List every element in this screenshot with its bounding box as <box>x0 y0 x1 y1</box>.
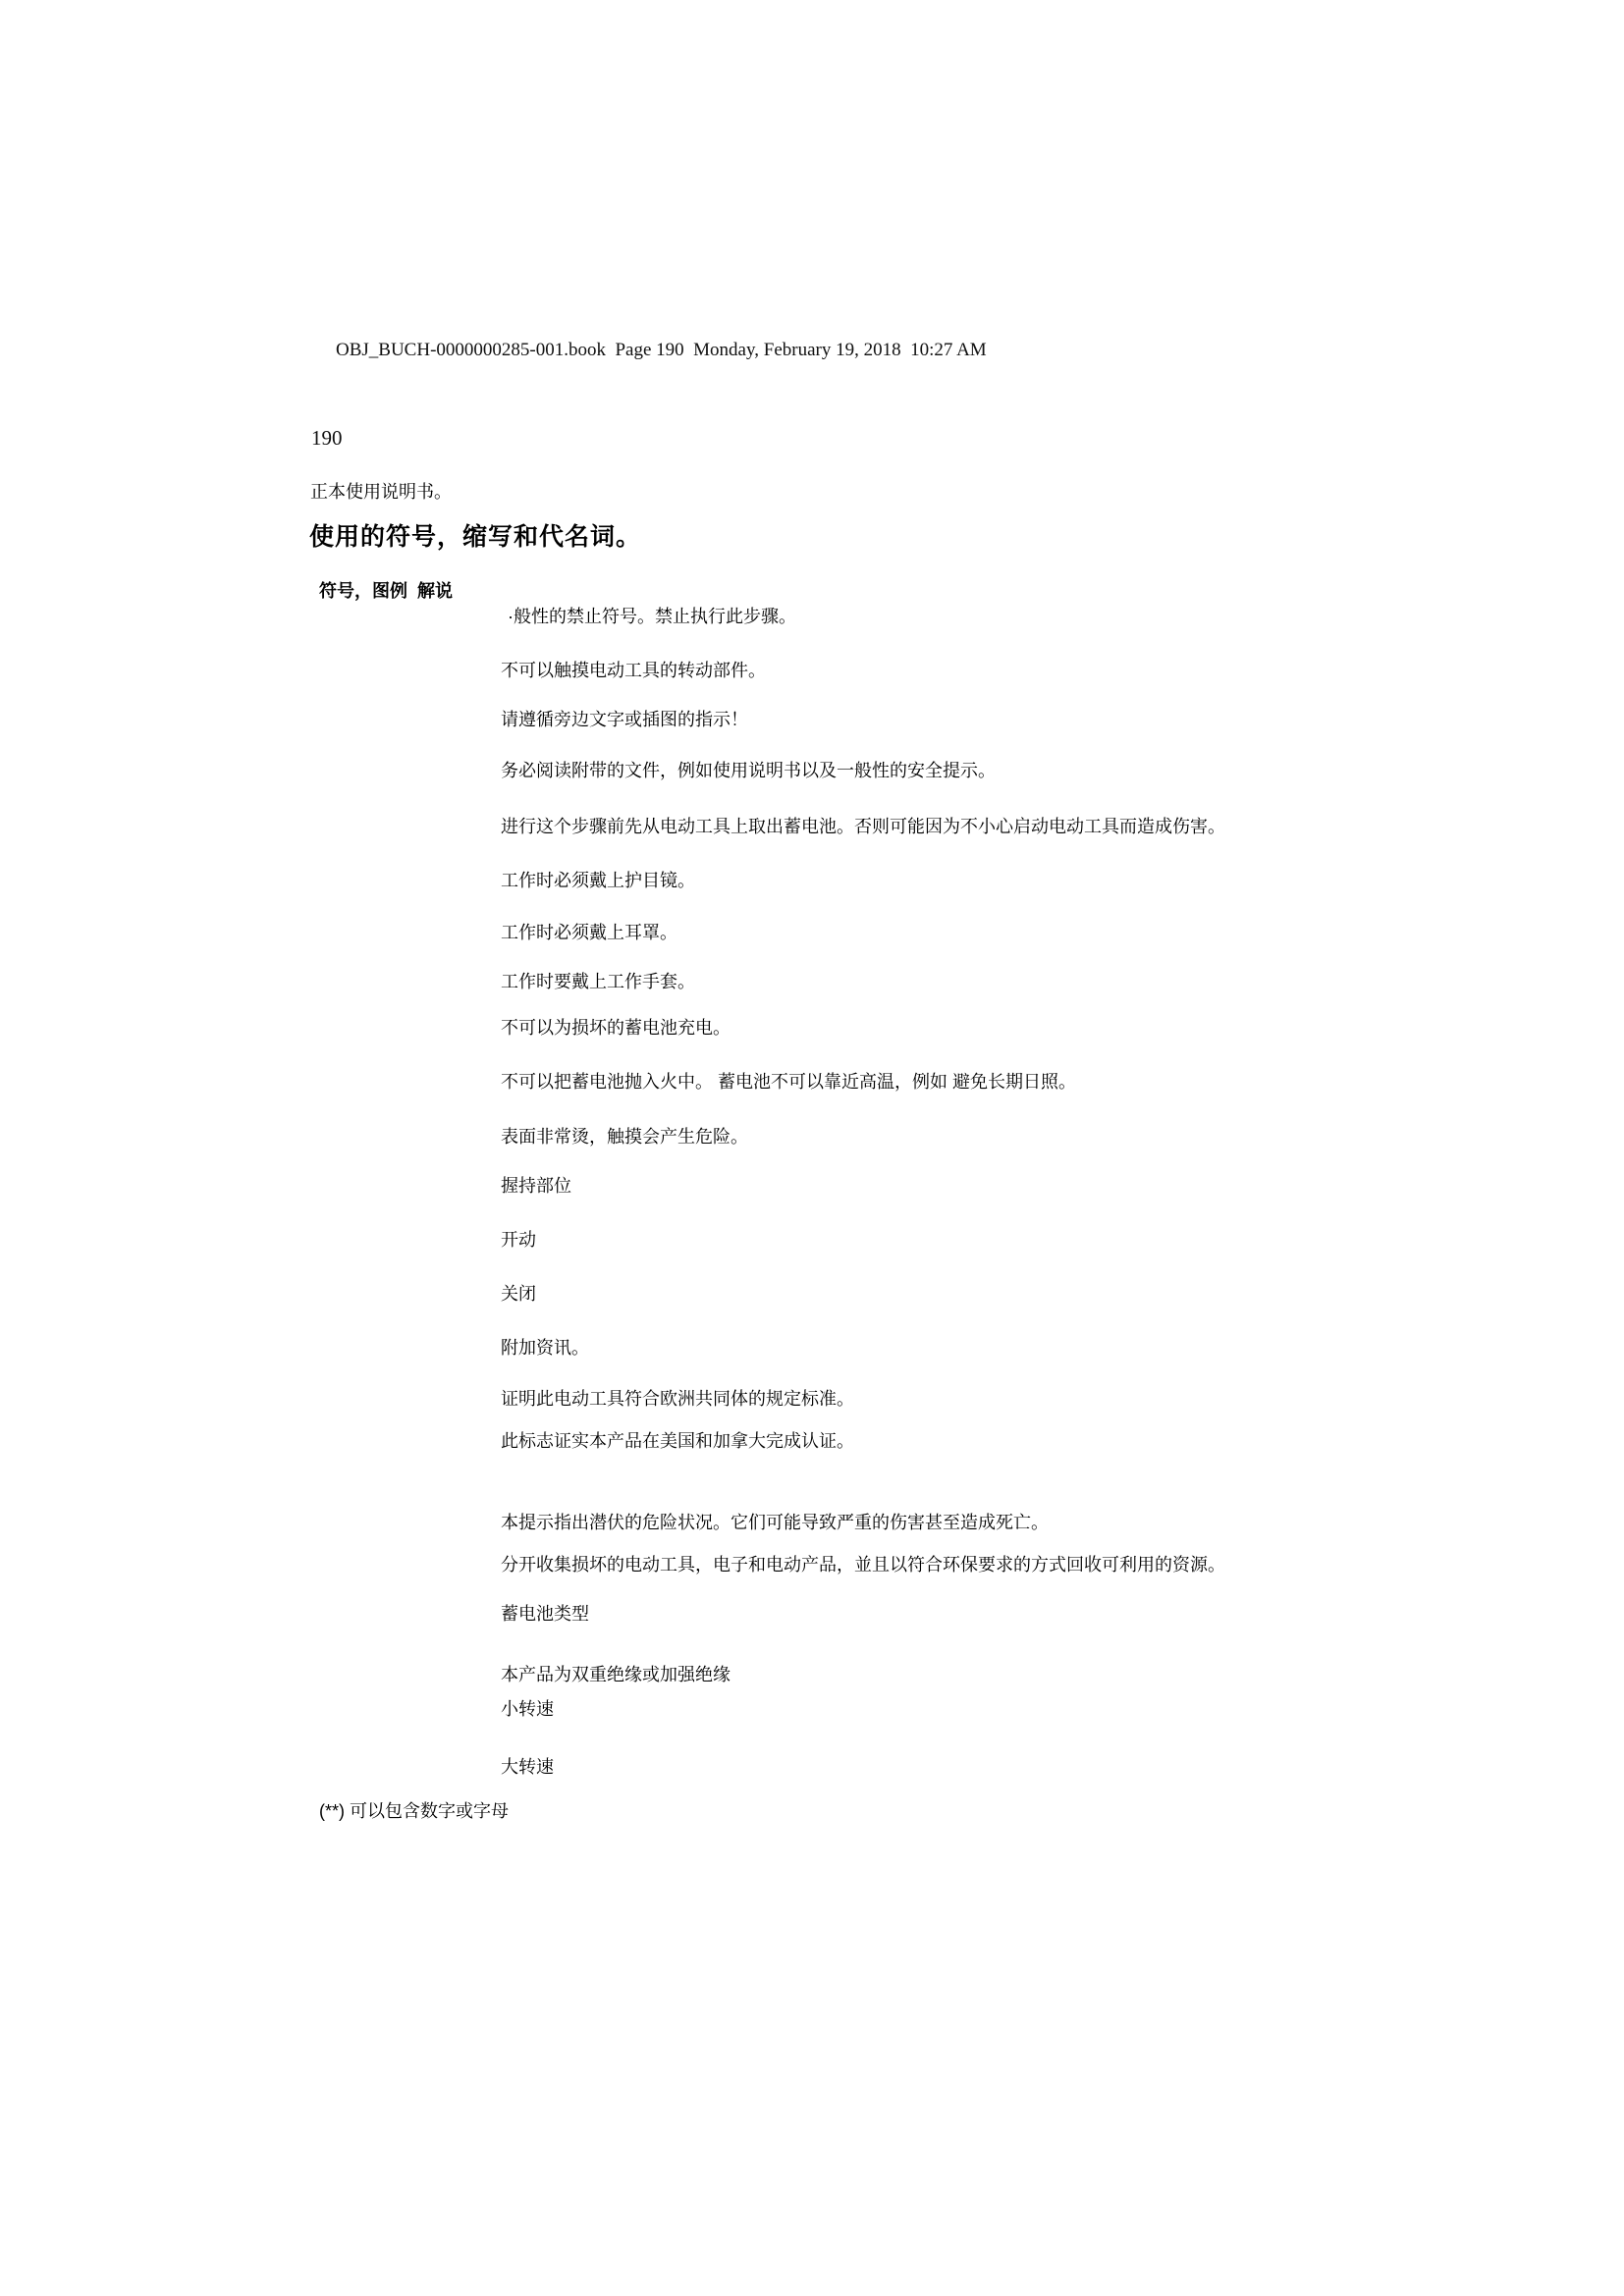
legend-item: ·般性的禁止符号。禁止执行此步骤。 <box>508 603 796 628</box>
legend-item: 关闭 <box>501 1280 536 1306</box>
legend-item: 大转速 <box>501 1753 554 1779</box>
legend-item: 表面非常烫，触摸会产生危险。 <box>501 1123 748 1148</box>
legend-item: 本提示指出潜伏的危险状况。它们可能导致严重的伤害甚至造成死亡。 <box>501 1509 1049 1534</box>
document-subtitle: 正本使用说明书。 <box>310 478 452 504</box>
document-page: OBJ_BUCH-0000000285-001.book Page 190 Mo… <box>0 0 1624 2296</box>
legend-item: 握持部位 <box>501 1172 571 1198</box>
legend-item: 不可以触摸电动工具的转动部件。 <box>501 657 766 682</box>
print-header: OBJ_BUCH-0000000285-001.book Page 190 Mo… <box>336 340 987 361</box>
page-title: 使用的符号，缩写和代名词。 <box>309 517 641 553</box>
legend-item: 本产品为双重绝缘或加强绝缘 <box>501 1661 731 1686</box>
page-number: 190 <box>311 426 343 451</box>
legend-item: 开动 <box>501 1226 536 1252</box>
legend-item: 工作时必须戴上护目镜。 <box>501 867 695 892</box>
legend-item: 工作时必须戴上耳罩。 <box>501 919 677 944</box>
legend-item: 此标志证实本产品在美国和加拿大完成认证。 <box>501 1427 854 1453</box>
legend-item: 附加资讯。 <box>501 1334 589 1360</box>
legend-column-header-symbols: 符号，图例 <box>319 577 407 603</box>
legend-item: 务必阅读附带的文件，例如使用说明书以及一般性的安全提示。 <box>501 757 996 782</box>
legend-item: 请遵循旁边文字或插图的指示！ <box>501 706 748 731</box>
legend-item: 不可以为损坏的蓄电池充电。 <box>501 1014 731 1040</box>
legend-item: 小转速 <box>501 1695 554 1721</box>
legend-item: 蓄电池类型 <box>501 1600 589 1626</box>
legend-item: 分开收集损坏的电动工具，电子和电动产品，並且以符合环保要求的方式回收可利用的资源… <box>501 1551 1225 1576</box>
legend-item: 进行这个步骤前先从电动工具上取出蓄电池。否则可能因为不小心启动电动工具而造成伤害… <box>501 813 1225 838</box>
legend-item: 工作时要戴上工作手套。 <box>501 968 695 993</box>
footnote: (**) 可以包含数字或字母 <box>319 1797 509 1823</box>
legend-item: 证明此电动工具符合欧洲共同体的规定标准。 <box>501 1385 854 1411</box>
legend-column-header-explanation: 解说 <box>417 577 453 603</box>
legend-item: 不可以把蓄电池抛入火中。 蓄电池不可以靠近高温，例如 避免长期日照。 <box>501 1068 1076 1094</box>
